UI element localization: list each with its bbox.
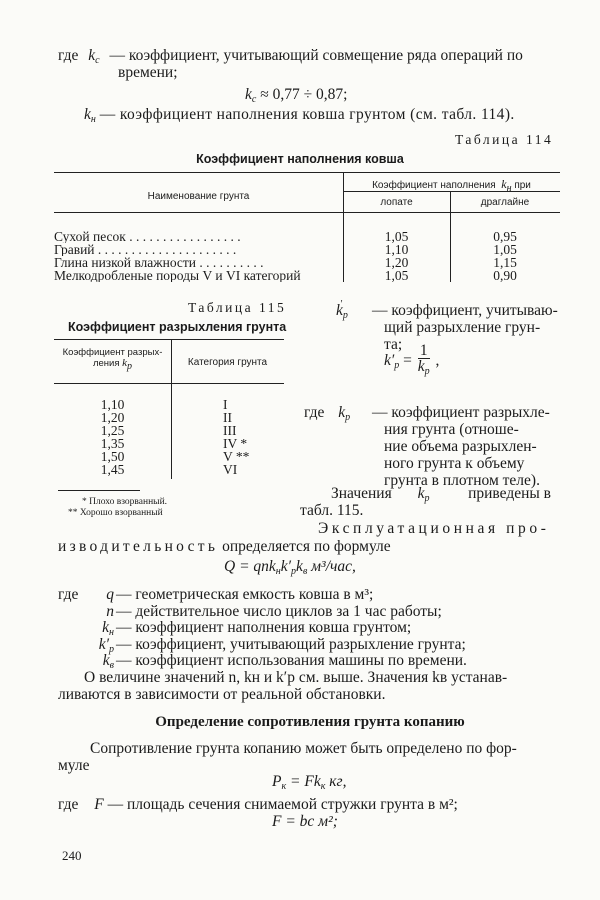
table-row: 1,25III bbox=[54, 424, 284, 437]
exploitation-heading-part1: Эксплуатационная про- bbox=[318, 520, 550, 537]
table-row: 1,10I bbox=[54, 398, 284, 411]
table-114-body: Сухой песок . . . . . . . . . . . . . . … bbox=[54, 230, 560, 282]
definition-item: гдеq— геометрическая емкость ковша в м³; bbox=[58, 586, 467, 603]
table-114-col-group: Коэффициент наполнения kн при bbox=[343, 177, 560, 194]
loosening-coefficient: 1,45 bbox=[54, 463, 171, 476]
definition-item: n— действительное число циклов за 1 час … bbox=[58, 603, 467, 620]
productivity-definitions: гдеq— геометрическая емкость ковша в м³;… bbox=[58, 586, 467, 669]
table-row: Глина низкой влажности . . . . . . . . .… bbox=[54, 256, 560, 269]
def-kn: kн — коэффициент наполнения ковша грунто… bbox=[84, 106, 515, 128]
table-row: Мелкодробленые породы V и VI категорий1,… bbox=[54, 269, 560, 282]
table-115-title: Коэффициент разрыхления грунта bbox=[68, 320, 286, 334]
productivity-intro: изводительность определяется по формуле bbox=[58, 538, 391, 555]
table-115-label: Таблица 115 bbox=[188, 299, 286, 316]
def-kc-cont: времени; bbox=[118, 64, 178, 81]
def-F: где F — площадь сечения снимаемой стружк… bbox=[58, 796, 458, 813]
table-114-title: Коэффициент наполнения ковша bbox=[0, 152, 600, 166]
dragline-value: 0,90 bbox=[450, 269, 560, 282]
table-115-header-rule bbox=[54, 383, 284, 384]
table-114-col-name: Наименование грунта bbox=[54, 191, 343, 202]
table-115-top-rule bbox=[54, 339, 284, 340]
symbol-kc: kc bbox=[88, 47, 99, 64]
definition-item: kв— коэффициент использования машины по … bbox=[58, 652, 467, 669]
table-115-col-category: Категория грунта bbox=[171, 357, 284, 368]
table-114-header-rule bbox=[54, 212, 560, 213]
where-label: где bbox=[58, 47, 78, 64]
formula-kp-prime: k′р = 1 kр , bbox=[384, 343, 439, 380]
soil-name: Глина низкой влажности . . . . . . . . .… bbox=[54, 256, 343, 269]
shovel-value: 1,05 bbox=[343, 269, 450, 282]
def-kc-text: — коэффициент, учитывающий совмещение ря… bbox=[109, 47, 522, 64]
soil-name: Мелкодробленые породы V и VI категорий bbox=[54, 269, 343, 282]
footnote-2: ** Хорошо взорванный bbox=[68, 508, 163, 519]
section-para-2: муле bbox=[58, 757, 90, 774]
table-row: 1,50V ** bbox=[54, 450, 284, 463]
table-row: 1,35IV * bbox=[54, 437, 284, 450]
table-114-col-shovel: лопате bbox=[343, 197, 450, 208]
section-heading: Определение сопротивления грунта копанию bbox=[0, 714, 600, 731]
definition-item: kн— коэффициент наполнения ковша грунтом… bbox=[58, 619, 467, 636]
table-row: Гравий . . . . . . . . . . . . . . . . .… bbox=[54, 243, 560, 256]
table-row: Сухой песок . . . . . . . . . . . . . . … bbox=[54, 230, 560, 243]
soil-name: Сухой песок . . . . . . . . . . . . . . … bbox=[54, 230, 343, 243]
definition-item: k′р— коэффициент, учитывающий разрыхлени… bbox=[58, 636, 467, 653]
soil-category: VI bbox=[171, 463, 284, 476]
formula-kc: kc ≈ 0,77 ÷ 0,87; bbox=[245, 86, 347, 108]
soil-name: Гравий . . . . . . . . . . . . . . . . .… bbox=[54, 243, 343, 256]
def-kp: где kр bbox=[304, 404, 350, 426]
table-114-col-dragline: драглайне bbox=[450, 197, 560, 208]
table-row: 1,45VI bbox=[54, 463, 284, 476]
def-kp-text: — коэффициент разрыхле-ния грунта (отнош… bbox=[372, 404, 550, 489]
formula-F: F = bc м²; bbox=[272, 813, 338, 830]
formula-Q: Q = qnkнk′рkв м³/час, bbox=[224, 558, 356, 580]
formula-Pk: Pк = Fkк кг, bbox=[272, 773, 346, 795]
table-115-body: 1,10I1,20II1,25III1,35IV *1,50V **1,45VI bbox=[54, 398, 284, 476]
values-ref-cont: табл. 115. bbox=[300, 502, 363, 519]
table-114-top-rule bbox=[54, 172, 560, 173]
symbol-kp-prime: kр′ bbox=[336, 302, 350, 324]
footnote-1: * Плохо взорванный. bbox=[82, 497, 167, 508]
note-line-2: ливаются в зависимости от реальной обста… bbox=[58, 686, 385, 703]
table-114-label: Таблица 114 bbox=[455, 131, 553, 148]
page-number: 240 bbox=[62, 848, 82, 864]
table-row: 1,20II bbox=[54, 411, 284, 424]
table-115-col-k: Коэффициент разрых- ления kр bbox=[54, 347, 171, 372]
footnote-rule bbox=[58, 490, 140, 491]
values-ref: Значения kр приведены в bbox=[331, 485, 551, 507]
note-line-1: О величине значений n, kн и k′р см. выше… bbox=[84, 669, 507, 686]
section-para-1: Сопротивление грунта копанию может быть … bbox=[90, 740, 517, 757]
